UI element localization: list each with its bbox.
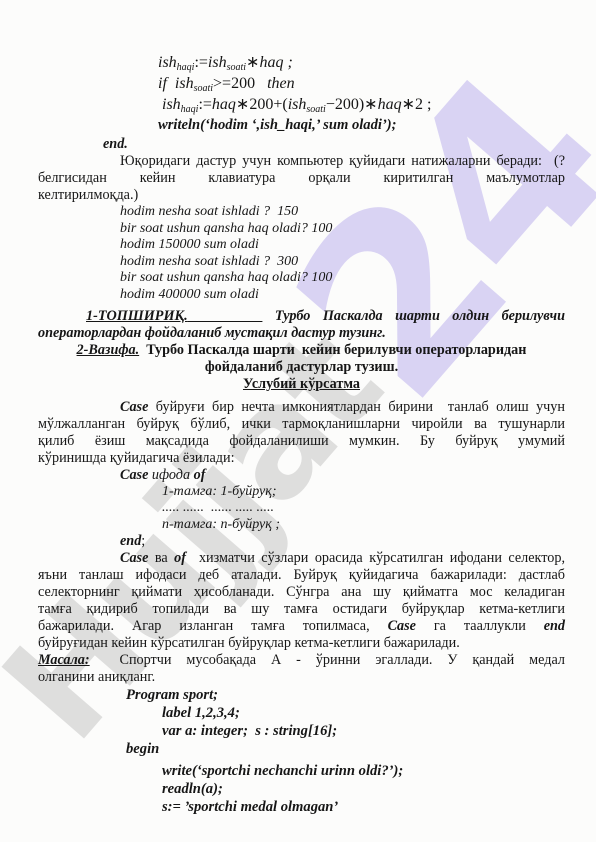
- text-segment: s:= ’sportchi medal olmagan’: [162, 799, 338, 815]
- result-intro-paragraph-line: белгисидан кейин клавиатура орқали кирит…: [38, 170, 565, 187]
- code-var: var a: integer; s : string[16];: [162, 722, 565, 740]
- case-execution-paragraph: Case ва of хизматчи сўзлари орасида кўрс…: [38, 550, 565, 652]
- code-writeln: writeln(‘hodim ‘,ish_haqi,’ sum oladi’);: [158, 115, 565, 136]
- text-segment: Турбо Паскалда шарти кейин берилувчи опе…: [139, 342, 526, 358]
- text-segment: [188, 308, 263, 324]
- text-segment: хизматчи сўзлари орасида кўрсатилган ифо…: [186, 550, 565, 566]
- text-segment: қилиб ёзиш мақсадида фойдаланилиши мумки…: [38, 433, 565, 449]
- task-1: 1-ТОПШИРИҚ. Турбо Паскалда шарти олдин б…: [38, 308, 565, 342]
- text-segment: haqi: [177, 62, 195, 73]
- case-syntax-ellipsis: ..... ...... ...... ..... .....: [162, 500, 565, 517]
- code-label: label 1,2,3,4;: [162, 704, 565, 722]
- formula-ish-haqi: ishhaqi:=ishsoati∗haq ;: [158, 52, 565, 73]
- text-segment: hodim 400000 sum oladi: [120, 287, 259, 302]
- heading-uslubiy-kursatma: Услубий кўрсатма: [38, 376, 565, 393]
- text-segment: ;: [141, 533, 145, 549]
- text-segment: Case: [120, 550, 148, 566]
- text-segment: ва: [148, 550, 174, 566]
- case-syntax-end: end;: [120, 533, 565, 550]
- task-1-line: операторлардан фойдаланиб мустақил дасту…: [38, 325, 565, 342]
- text-segment: ∗2 ;: [402, 96, 432, 113]
- text-segment: of: [174, 550, 186, 566]
- text-segment: бажарилади. Агар изланган тамға топилмас…: [38, 618, 388, 634]
- text-segment: :=: [198, 96, 211, 113]
- text-segment: bir soat ushun qansha haq oladi? 100: [120, 221, 332, 236]
- case-execution-paragraph-line: яъни танлаш ифодаси деб аталади. Буйруқ …: [38, 567, 565, 584]
- text-segment: ифода: [148, 467, 193, 483]
- text-segment: haqi: [181, 104, 199, 115]
- text-segment: ish: [162, 96, 181, 113]
- code-begin: begin: [126, 740, 565, 758]
- program-output-line: bir soat ushun qansha haq oladi? 100: [120, 270, 565, 287]
- pascal-snippet-top: ishhaqi:=ishsoati∗haq ;if ishsoati>=200 …: [38, 52, 565, 153]
- text-segment: 1-тамга: 1-буйруқ;: [162, 484, 276, 499]
- text-segment: hodim nesha soat ishladi ? 300: [120, 254, 298, 269]
- result-intro-paragraph: Юқоридаги дастур учун компьютер қуйидаги…: [38, 153, 565, 204]
- text-segment: readln(a);: [162, 781, 223, 797]
- text-segment: Program sport;: [126, 687, 218, 703]
- case-execution-paragraph-line: Case ва of хизматчи сўзлари орасида кўрс…: [38, 550, 565, 567]
- text-segment: soati: [227, 62, 246, 73]
- text-segment: haq: [378, 96, 402, 113]
- text-segment: белгисидан кейин клавиатура орқали кирит…: [38, 170, 565, 186]
- task-2-line: фойдаланиб дастурлар тузиш.: [38, 359, 565, 376]
- document-content: ishhaqi:=ishsoati∗haq ;if ishsoati>=200 …: [38, 52, 565, 816]
- text-segment: writeln(‘hodim ‘,ish_haqi,’ sum oladi’);: [158, 117, 397, 133]
- text-segment: буйруғидан кейин кўрсатилган буйруқлар к…: [38, 635, 460, 651]
- text-segment: end: [544, 618, 565, 634]
- text-segment: bir soat ushun qansha haq oladi? 100: [120, 270, 332, 285]
- section-heading: Услубий кўрсатма: [38, 376, 565, 393]
- text-segment: келтирилмоқда.): [38, 187, 138, 203]
- text-segment: Case: [388, 618, 416, 634]
- task-2: 2-Вазифа. Турбо Паскалда шарти кейин бер…: [38, 342, 565, 376]
- text-segment: кўринишда қуйидагича ёзилади:: [38, 450, 235, 466]
- text-segment: га тааллукли: [416, 618, 544, 634]
- result-intro-paragraph-line: келтирилмоқда.): [38, 187, 565, 204]
- text-segment: фойдаланиб дастурлар тузиш.: [205, 359, 398, 375]
- case-execution-paragraph-line: буйруғидан кейин кўрсатилган буйруқлар к…: [38, 635, 565, 652]
- text-segment: of: [194, 467, 206, 483]
- program-output-line: bir soat ushun qansha haq oladi? 100: [120, 221, 565, 238]
- case-syntax-header: Case ифода of: [120, 467, 565, 484]
- text-segment: :=: [194, 54, 207, 71]
- task-2-line: 2-Вазифа. Турбо Паскалда шарти кейин бер…: [38, 342, 565, 359]
- text-segment: Масала:: [38, 652, 90, 668]
- text-segment: hodim 150000 sum oladi: [120, 237, 259, 252]
- problem-statement-line: олганини аниқланг.: [38, 669, 565, 686]
- text-segment: if ish: [158, 75, 194, 92]
- text-segment: end: [120, 533, 141, 549]
- code-program-header: Program sport;: [126, 686, 565, 704]
- text-segment: Case: [120, 467, 148, 483]
- text-segment: soati: [306, 104, 325, 115]
- case-description-paragraph: Case буйруғи бир нечта имкониятлардан би…: [38, 399, 565, 467]
- text-segment: begin: [126, 741, 159, 757]
- case-syntax: Case ифода of1-тамга: 1-буйруқ;..... ...…: [38, 467, 565, 551]
- case-description-paragraph-line: Case буйруғи бир нечта имкониятлардан би…: [38, 399, 565, 416]
- text-segment: ∗200+(: [236, 96, 288, 113]
- text-segment: буйруғи бир нечта имкониятлардан бирини …: [148, 399, 565, 415]
- text-segment: n-тамга: n-буйруқ ;: [162, 517, 280, 532]
- text-segment: var a: integer; s : string[16];: [162, 723, 337, 739]
- result-intro-paragraph-line: Юқоридаги дастур учун компьютер қуйидаги…: [38, 153, 565, 170]
- text-segment: яъни танлаш ифодаси деб аталади. Буйруқ …: [38, 567, 565, 583]
- text-segment: мўлжалланган буйруқ бўлиб, ички тармоқла…: [38, 416, 565, 432]
- program-output-line: hodim nesha soat ishladi ? 150: [120, 204, 565, 221]
- program-output: hodim nesha soat ishladi ? 150bir soat u…: [38, 204, 565, 304]
- code-write: write(‘sportchi nechanchi urinn oldi?’);: [162, 762, 565, 780]
- text-segment: Юқоридаги дастур учун компьютер қуйидаги…: [120, 153, 565, 169]
- code-end: end.: [103, 136, 565, 153]
- formula-if-condition: if ishsoati>=200 then: [158, 73, 565, 94]
- program-output-line: hodim nesha soat ishladi ? 300: [120, 254, 565, 271]
- text-segment: селекторнинг қиймати ҳисобланади. Сўнгра…: [38, 584, 565, 600]
- pascal-program: Program sport;label 1,2,3,4;var a: integ…: [38, 686, 565, 816]
- text-segment: ish: [288, 96, 307, 113]
- text-segment: 1-ТОПШИРИҚ.: [86, 308, 188, 324]
- text-segment: операторлардан фойдаланиб мустақил дасту…: [38, 325, 386, 341]
- case-syntax-line: 1-тамга: 1-буйруқ;: [162, 484, 565, 501]
- case-execution-paragraph-line: селекторнинг қиймати ҳисобланади. Сўнгра…: [38, 584, 565, 601]
- case-description-paragraph-line: қилиб ёзиш мақсадида фойдаланилиши мумки…: [38, 433, 565, 450]
- problem-statement: Масала: Спортчи мусобақада А - ўринни эг…: [38, 652, 565, 686]
- text-segment: haq ;: [259, 54, 292, 71]
- formula-ish-haqi-overtime: ishhaqi:=haq∗200+(ishsoati−200)∗haq∗2 ;: [162, 94, 565, 115]
- program-output-line: hodim 150000 sum oladi: [120, 237, 565, 254]
- text-segment: ..... ...... ...... ..... .....: [162, 500, 274, 515]
- text-segment: олганини аниқланг.: [38, 669, 155, 685]
- text-segment: label 1,2,3,4;: [162, 705, 240, 721]
- text-segment: end.: [103, 136, 128, 152]
- text-segment: Турбо Паскалда шарти олдин берилувчи: [262, 308, 565, 324]
- text-segment: hodim nesha soat ishladi ? 150: [120, 204, 298, 219]
- text-segment: −200)∗: [326, 96, 378, 113]
- task-1-line: 1-ТОПШИРИҚ. Турбо Паскалда шарти олдин б…: [38, 308, 565, 325]
- text-segment: ish: [158, 54, 177, 71]
- case-execution-paragraph-line: бажарилади. Агар изланган тамға топилмас…: [38, 618, 565, 635]
- text-segment: тамға қидириб топилади ва шу тамға остид…: [38, 601, 565, 617]
- text-segment: Спортчи мусобақада А - ўринни эгаллади. …: [90, 652, 565, 668]
- program-output-line: hodim 400000 sum oladi: [120, 287, 565, 304]
- text-segment: haq: [212, 96, 236, 113]
- text-segment: ish: [208, 54, 227, 71]
- text-segment: Услубий кўрсатма: [243, 376, 360, 392]
- text-segment: >=200: [213, 75, 267, 92]
- text-segment: soati: [194, 83, 213, 94]
- code-assign-s: s:= ’sportchi medal olmagan’: [162, 798, 565, 816]
- text-segment: write(‘sportchi nechanchi urinn oldi?’);: [162, 763, 403, 779]
- case-description-paragraph-line: кўринишда қуйидагича ёзилади:: [38, 450, 565, 467]
- text-segment: 2-Вазифа.: [77, 342, 140, 358]
- text-segment: Case: [120, 399, 148, 415]
- problem-statement-line: Масала: Спортчи мусобақада А - ўринни эг…: [38, 652, 565, 669]
- text-segment: then: [267, 75, 295, 92]
- case-description-paragraph-line: мўлжалланган буйруқ бўлиб, ички тармоқла…: [38, 416, 565, 433]
- case-syntax-line: n-тамга: n-буйруқ ;: [162, 517, 565, 534]
- text-segment: ∗: [246, 54, 259, 71]
- code-readln: readln(a);: [162, 780, 565, 798]
- case-execution-paragraph-line: тамға қидириб топилади ва шу тамға остид…: [38, 601, 565, 618]
- document-page: Hujjat24 ishhaqi:=ishsoati∗haq ;if ishso…: [0, 0, 596, 842]
